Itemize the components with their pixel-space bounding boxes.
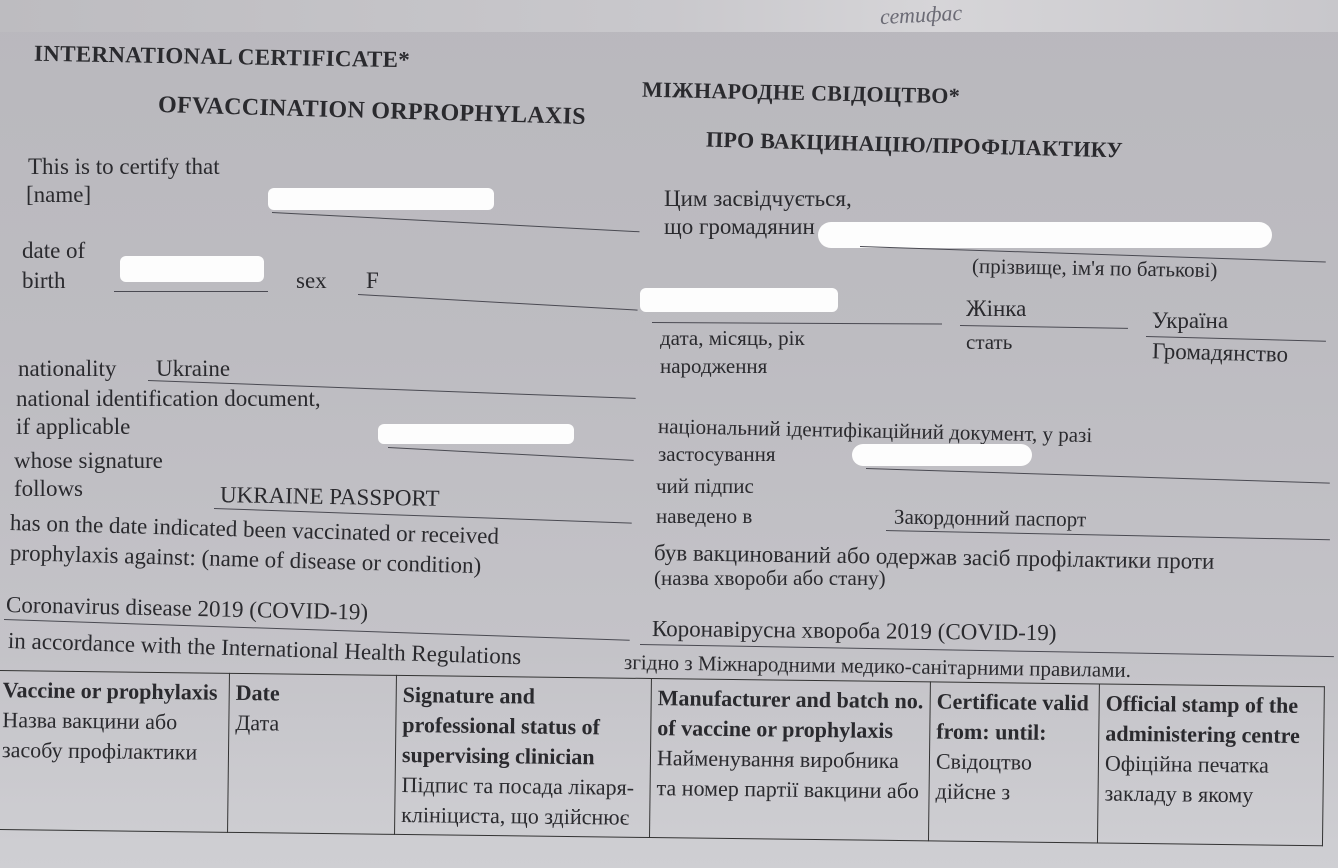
sex-caption-uk: стать bbox=[966, 330, 1012, 355]
dob-caption-uk-1: дата, місяць, рік bbox=[660, 326, 805, 351]
name-line-en bbox=[272, 212, 640, 232]
signature-line-uk bbox=[886, 530, 1330, 540]
certify-label-uk-1: Цим засвідчується, bbox=[664, 186, 852, 212]
certify-label-uk-2: що громадянин bbox=[664, 214, 815, 240]
sex-line-uk bbox=[960, 325, 1128, 329]
signature-value-en: UKRAINE PASSPORT bbox=[220, 482, 440, 512]
handwritten-note: сетифас bbox=[879, 0, 962, 30]
column-stamp-en: Official stamp of the administering cent… bbox=[1105, 689, 1318, 752]
sex-line-en bbox=[358, 294, 638, 311]
title-en-line2: OFVACCINATION ORPROPHYLAXIS bbox=[158, 92, 587, 131]
signature-label-en-1: whose signature bbox=[14, 448, 163, 474]
column-validity-uk: Свідоцтво дійсне з bbox=[935, 748, 1032, 804]
nationality-value-en: Ukraine bbox=[156, 356, 230, 382]
id-label-uk-2: застосування bbox=[658, 442, 776, 467]
column-vaccine-en: Vaccine or prophylaxis bbox=[3, 675, 223, 708]
signature-label-en-2: follows bbox=[14, 476, 83, 502]
dob-line-en bbox=[114, 291, 268, 292]
column-manufacturer: Manufacturer and batch no. of vaccine or… bbox=[650, 679, 931, 841]
signature-value-uk: Закордонний паспорт bbox=[894, 505, 1086, 533]
dob-caption-uk-2: народження bbox=[660, 354, 767, 379]
certify-label-en: This is to certify that bbox=[28, 154, 220, 180]
id-line-en bbox=[388, 447, 634, 461]
redacted-dob-uk bbox=[640, 288, 838, 312]
column-stamp-uk: Офіційна печатка закладу в якому bbox=[1104, 751, 1269, 808]
column-signature-uk: Підпис та посада лікаря-клініциста, що з… bbox=[401, 772, 634, 830]
id-label-en-1: national identification document, bbox=[16, 386, 321, 412]
column-manufacturer-en: Manufacturer and batch no. of vaccine or… bbox=[657, 683, 924, 746]
redacted-name-uk bbox=[818, 222, 1272, 248]
signature-label-uk-1: чий підпис bbox=[656, 474, 754, 499]
column-date-uk: Дата bbox=[235, 710, 279, 736]
id-line-uk bbox=[866, 468, 1330, 484]
column-date: Date Дата bbox=[228, 673, 397, 834]
column-vaccine-uk: Назва вакцини або засобу профілактики bbox=[2, 707, 198, 764]
title-uk-line1: МІЖНАРОДНЕ СВІДОЦТВО* bbox=[642, 77, 961, 110]
vaccination-table: Vaccine or prophylaxis Назва вакцини або… bbox=[0, 670, 1325, 846]
id-label-en-2: if applicable bbox=[16, 414, 130, 440]
citizenship-value-uk: Україна bbox=[1152, 308, 1228, 334]
sex-value-uk: Жінка bbox=[966, 296, 1026, 322]
redacted-id-en bbox=[378, 424, 574, 444]
column-manufacturer-uk: Найменування виробника та номер партії в… bbox=[656, 745, 919, 803]
title-en-line1: INTERNATIONAL CERTIFICATE* bbox=[34, 41, 411, 74]
redacted-name-en bbox=[268, 188, 494, 210]
sex-value-en: F bbox=[366, 268, 379, 294]
redacted-dob-en bbox=[120, 256, 264, 282]
dob-line-uk bbox=[652, 322, 942, 325]
table-header-row: Vaccine or prophylaxis Назва вакцини або… bbox=[0, 671, 1324, 846]
name-label-en: [name] bbox=[26, 182, 91, 208]
sex-label-en: sex bbox=[296, 268, 327, 294]
title-uk-line2: ПРО ВАКЦИНАЦІЮ/ПРОФІЛАКТИКУ bbox=[706, 127, 1124, 164]
name-caption-uk: (прізвище, ім'я по батькові) bbox=[972, 254, 1218, 283]
citizenship-caption-uk: Громадянство bbox=[1152, 338, 1289, 368]
dob-label-en-2: birth bbox=[22, 268, 65, 294]
column-date-en: Date bbox=[236, 678, 390, 710]
column-validity: Certificate valid from: until: Свідоцтво… bbox=[928, 682, 1099, 843]
column-stamp: Official stamp of the administering cent… bbox=[1097, 684, 1324, 846]
redacted-id-uk bbox=[852, 444, 1032, 466]
column-signature-en: Signature and professional status of sup… bbox=[402, 680, 645, 773]
column-validity-en: Certificate valid from: until: bbox=[936, 686, 1093, 748]
paper-edge bbox=[0, 0, 1338, 32]
column-signature: Signature and professional status of sup… bbox=[395, 675, 652, 837]
signature-label-uk-2: наведено в bbox=[656, 504, 752, 529]
column-vaccine: Vaccine or prophylaxis Назва вакцини або… bbox=[0, 671, 229, 833]
vaccinated-text-uk-2: (назва хвороби або стану) bbox=[654, 566, 886, 591]
nationality-label-en: nationality bbox=[18, 356, 116, 382]
dob-label-en-1: date of bbox=[22, 238, 85, 264]
disease-value-uk: Коронавірусна хвороба 2019 (COVID-19) bbox=[652, 616, 1057, 646]
